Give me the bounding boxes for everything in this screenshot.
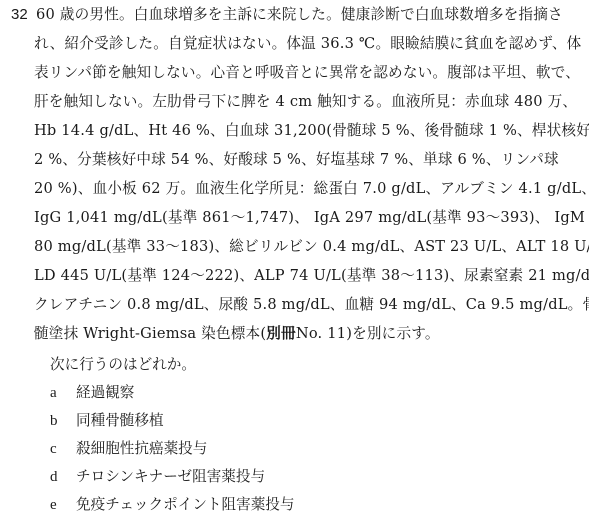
option-letter: d [50,467,76,487]
option-c[interactable]: c殺細胞性抗癌薬投与 [50,439,207,461]
stem-line: クレアチニン 0.8 mg/dL、尿酸 5.8 mg/dL、血糖 94 mg/d… [34,295,589,315]
option-text: 免疫チェックポイント阻害薬投与 [76,496,294,513]
stem-line: Hb 14.4 g/dL、Ht 46 %、白血球 31,200(骨髄球 5 %、… [34,121,589,141]
stem-line: 20 %)、血小板 62 万。血液生化学所見：総蛋白 7.0 g/dL、アルブミ… [34,179,589,199]
stem-line: LD 445 U/L(基準 124～222)、ALP 74 U/L(基準 38～… [34,266,589,286]
stem-line: IgG 1,041 mg/dL(基準 861～1,747)、 IgA 297 m… [34,208,585,228]
figure-ref-before: 髄塗抹 Wright-Giemsa 染色標本( [34,325,266,342]
appendix-label: 別冊 [266,325,296,342]
option-b[interactable]: b同種骨髄移植 [50,411,164,433]
stem-line: れ、紹介受診した。自覚症状はない。体温 36.3 ℃。眼瞼結膜に貧血を認めず、体 [34,34,581,54]
question-number: 32 [11,5,28,25]
figure-ref-after: No. 11)を別に示す。 [296,325,440,342]
question-prompt: 次に行うのはどれか。 [50,355,196,375]
stem-line-figure-reference: 髄塗抹 Wright-Giemsa 染色標本(別冊No. 11)を別に示す。 [34,324,440,344]
option-text: 同種骨髄移植 [76,412,164,429]
option-text: 殺細胞性抗癌薬投与 [76,440,207,457]
exam-question-page: 32 60 歳の男性。白血球増多を主訴に来院した。健康診断で白血球数増多を指摘さ… [0,0,589,521]
option-letter: a [50,383,76,403]
stem-line: 2 %、分葉核好中球 54 %、好酸球 5 %、好塩基球 7 %、単球 6 %、… [34,150,559,170]
stem-line: 60 歳の男性。白血球増多を主訴に来院した。健康診断で白血球数増多を指摘さ [36,5,563,25]
option-letter: c [50,439,76,459]
stem-line: 80 mg/dL(基準 33～183)、総ビリルビン 0.4 mg/dL、AST… [34,237,589,257]
option-text: チロシンキナーゼ阻害薬投与 [76,468,265,485]
option-text: 経過観察 [76,384,134,401]
option-e[interactable]: e免疫チェックポイント阻害薬投与 [50,495,294,517]
option-d[interactable]: dチロシンキナーゼ阻害薬投与 [50,467,265,489]
stem-line: 表リンパ節を触知しない。心音と呼吸音とに異常を認めない。腹部は平坦、軟で、 [34,63,580,83]
option-letter: e [50,495,76,515]
option-a[interactable]: a経過観察 [50,383,134,405]
stem-line: 肝を触知しない。左肋骨弓下に脾を 4 cm 触知する。血液所見：赤血球 480 … [34,92,577,112]
option-letter: b [50,411,76,431]
